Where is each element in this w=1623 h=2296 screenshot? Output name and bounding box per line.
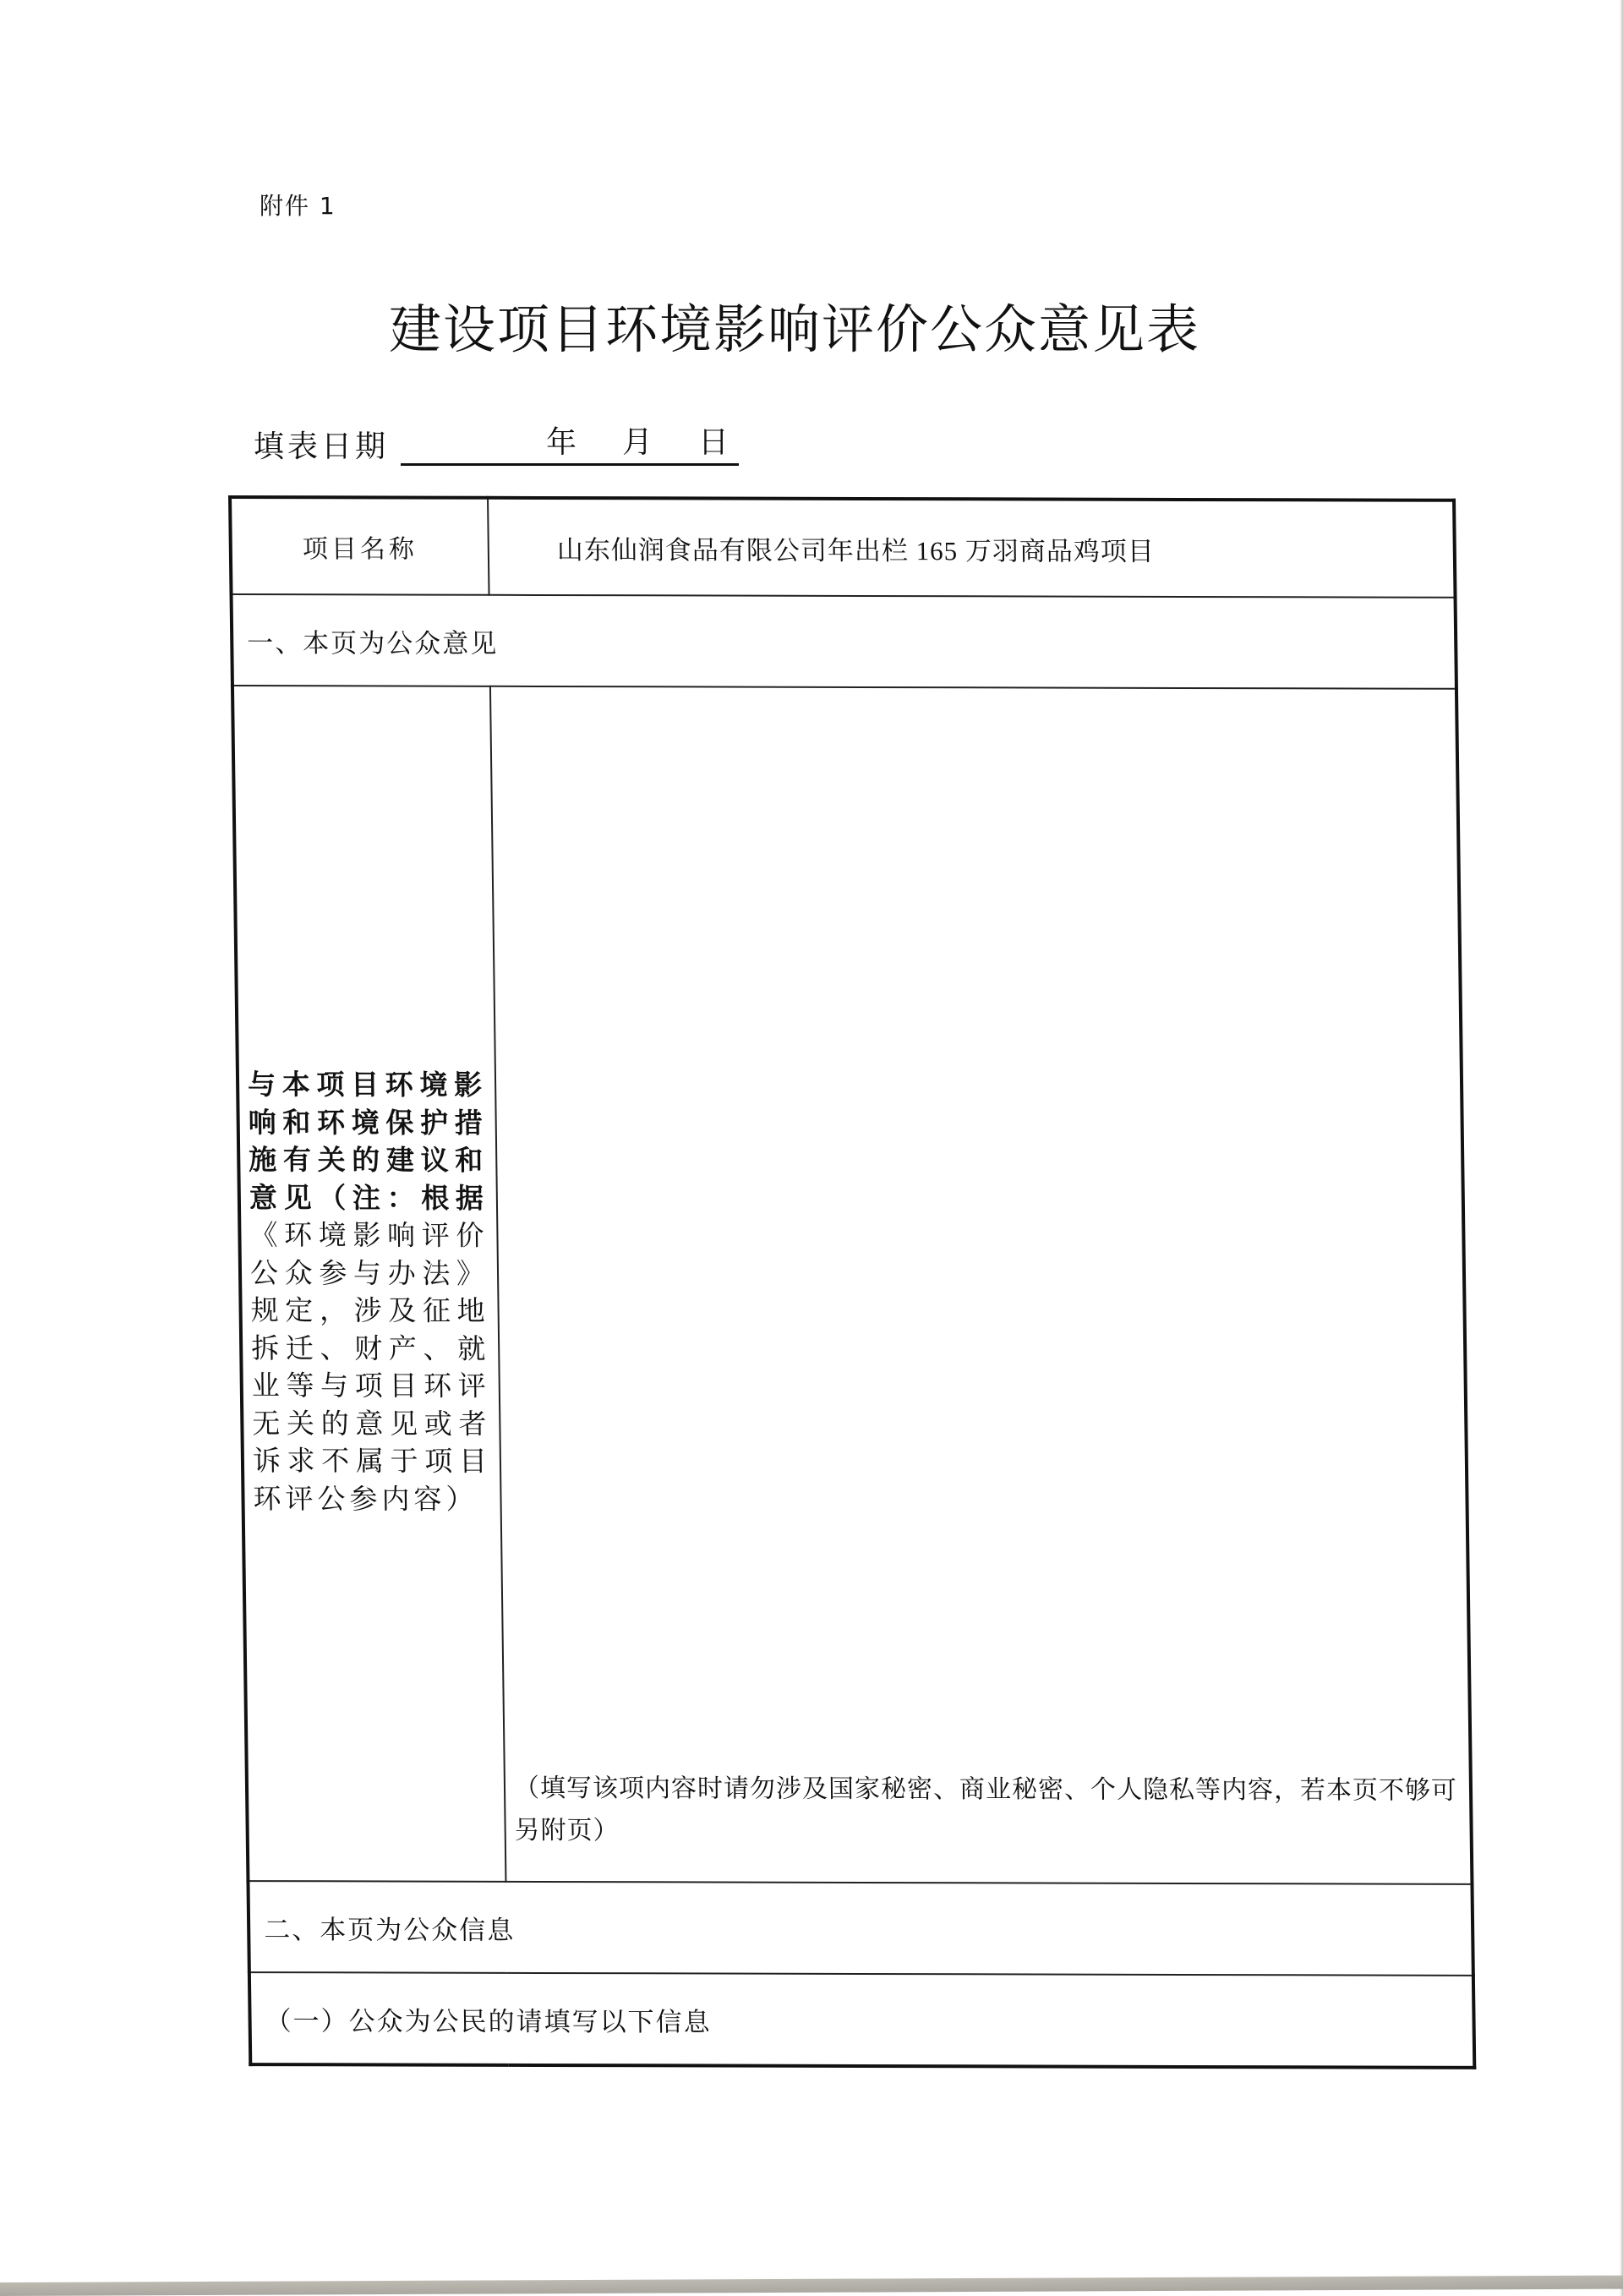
page-title: 建设项目环境影响评价公众意见表 bbox=[321, 287, 1268, 363]
year-label: 年 bbox=[546, 418, 577, 462]
scan-edge-bottom bbox=[0, 2276, 1623, 2296]
fill-date-row: 填表日期 年 月 日 bbox=[254, 423, 739, 466]
opinion-form-table: 项目名称 山东仙润食品有限公司年出栏 165 万羽商品鸡项目 一、本页为公众意见… bbox=[228, 495, 1476, 2069]
section-two-title: 二、本页为公众信息 bbox=[248, 1881, 1473, 1976]
fill-date-field[interactable]: 年 月 日 bbox=[401, 426, 739, 466]
day-label: 日 bbox=[698, 418, 729, 462]
opinion-note: （填写该项内容时请勿涉及国家秘密、商业秘密、个人隐私等内容，若本页不够可另附页） bbox=[505, 1768, 1471, 1883]
section-two-row: 二、本页为公众信息 bbox=[248, 1881, 1473, 1976]
month-label: 月 bbox=[622, 418, 653, 462]
opinion-row: 与本项目环境影响和环境保护措施有关的建议和意见（注：根据《环境影响评价公众参与办… bbox=[232, 686, 1473, 1884]
subsection-one-row: （一）公众为公民的请填写以下信息 bbox=[249, 1972, 1474, 2068]
project-name-row: 项目名称 山东仙润食品有限公司年出栏 165 万羽商品鸡项目 bbox=[230, 497, 1456, 598]
subsection-one-title: （一）公众为公民的请填写以下信息 bbox=[249, 1972, 1474, 2068]
opinion-label-note: 《环境影响评价公众参与办法》规定，涉及征地拆迁、财产、就业等与项目环评无关的意见… bbox=[249, 1218, 491, 1515]
section-one-row: 一、本页为公众意见 bbox=[232, 594, 1456, 689]
opinion-form: 项目名称 山东仙润食品有限公司年出栏 165 万羽商品鸡项目 一、本页为公众意见… bbox=[228, 495, 1476, 2069]
opinion-textarea[interactable] bbox=[491, 687, 1472, 1733]
opinion-label-bold: 与本项目环境影响和环境保护措施有关的建议和意见（注：根据 bbox=[248, 1068, 488, 1214]
opinion-input-cell[interactable]: （填写该项内容时请勿涉及国家秘密、商业秘密、个人隐私等内容，若本页不够可另附页） bbox=[490, 686, 1473, 1884]
project-name-label: 项目名称 bbox=[230, 497, 489, 595]
section-one-title: 一、本页为公众意见 bbox=[232, 594, 1456, 689]
fill-date-label: 填表日期 bbox=[254, 423, 389, 466]
project-name-value: 山东仙润食品有限公司年出栏 165 万羽商品鸡项目 bbox=[488, 498, 1456, 598]
attachment-label: 附件 1 bbox=[260, 188, 336, 221]
scan-edge-right bbox=[1620, 0, 1623, 2296]
opinion-label: 与本项目环境影响和环境保护措施有关的建议和意见（注：根据《环境影响评价公众参与办… bbox=[232, 686, 506, 1882]
